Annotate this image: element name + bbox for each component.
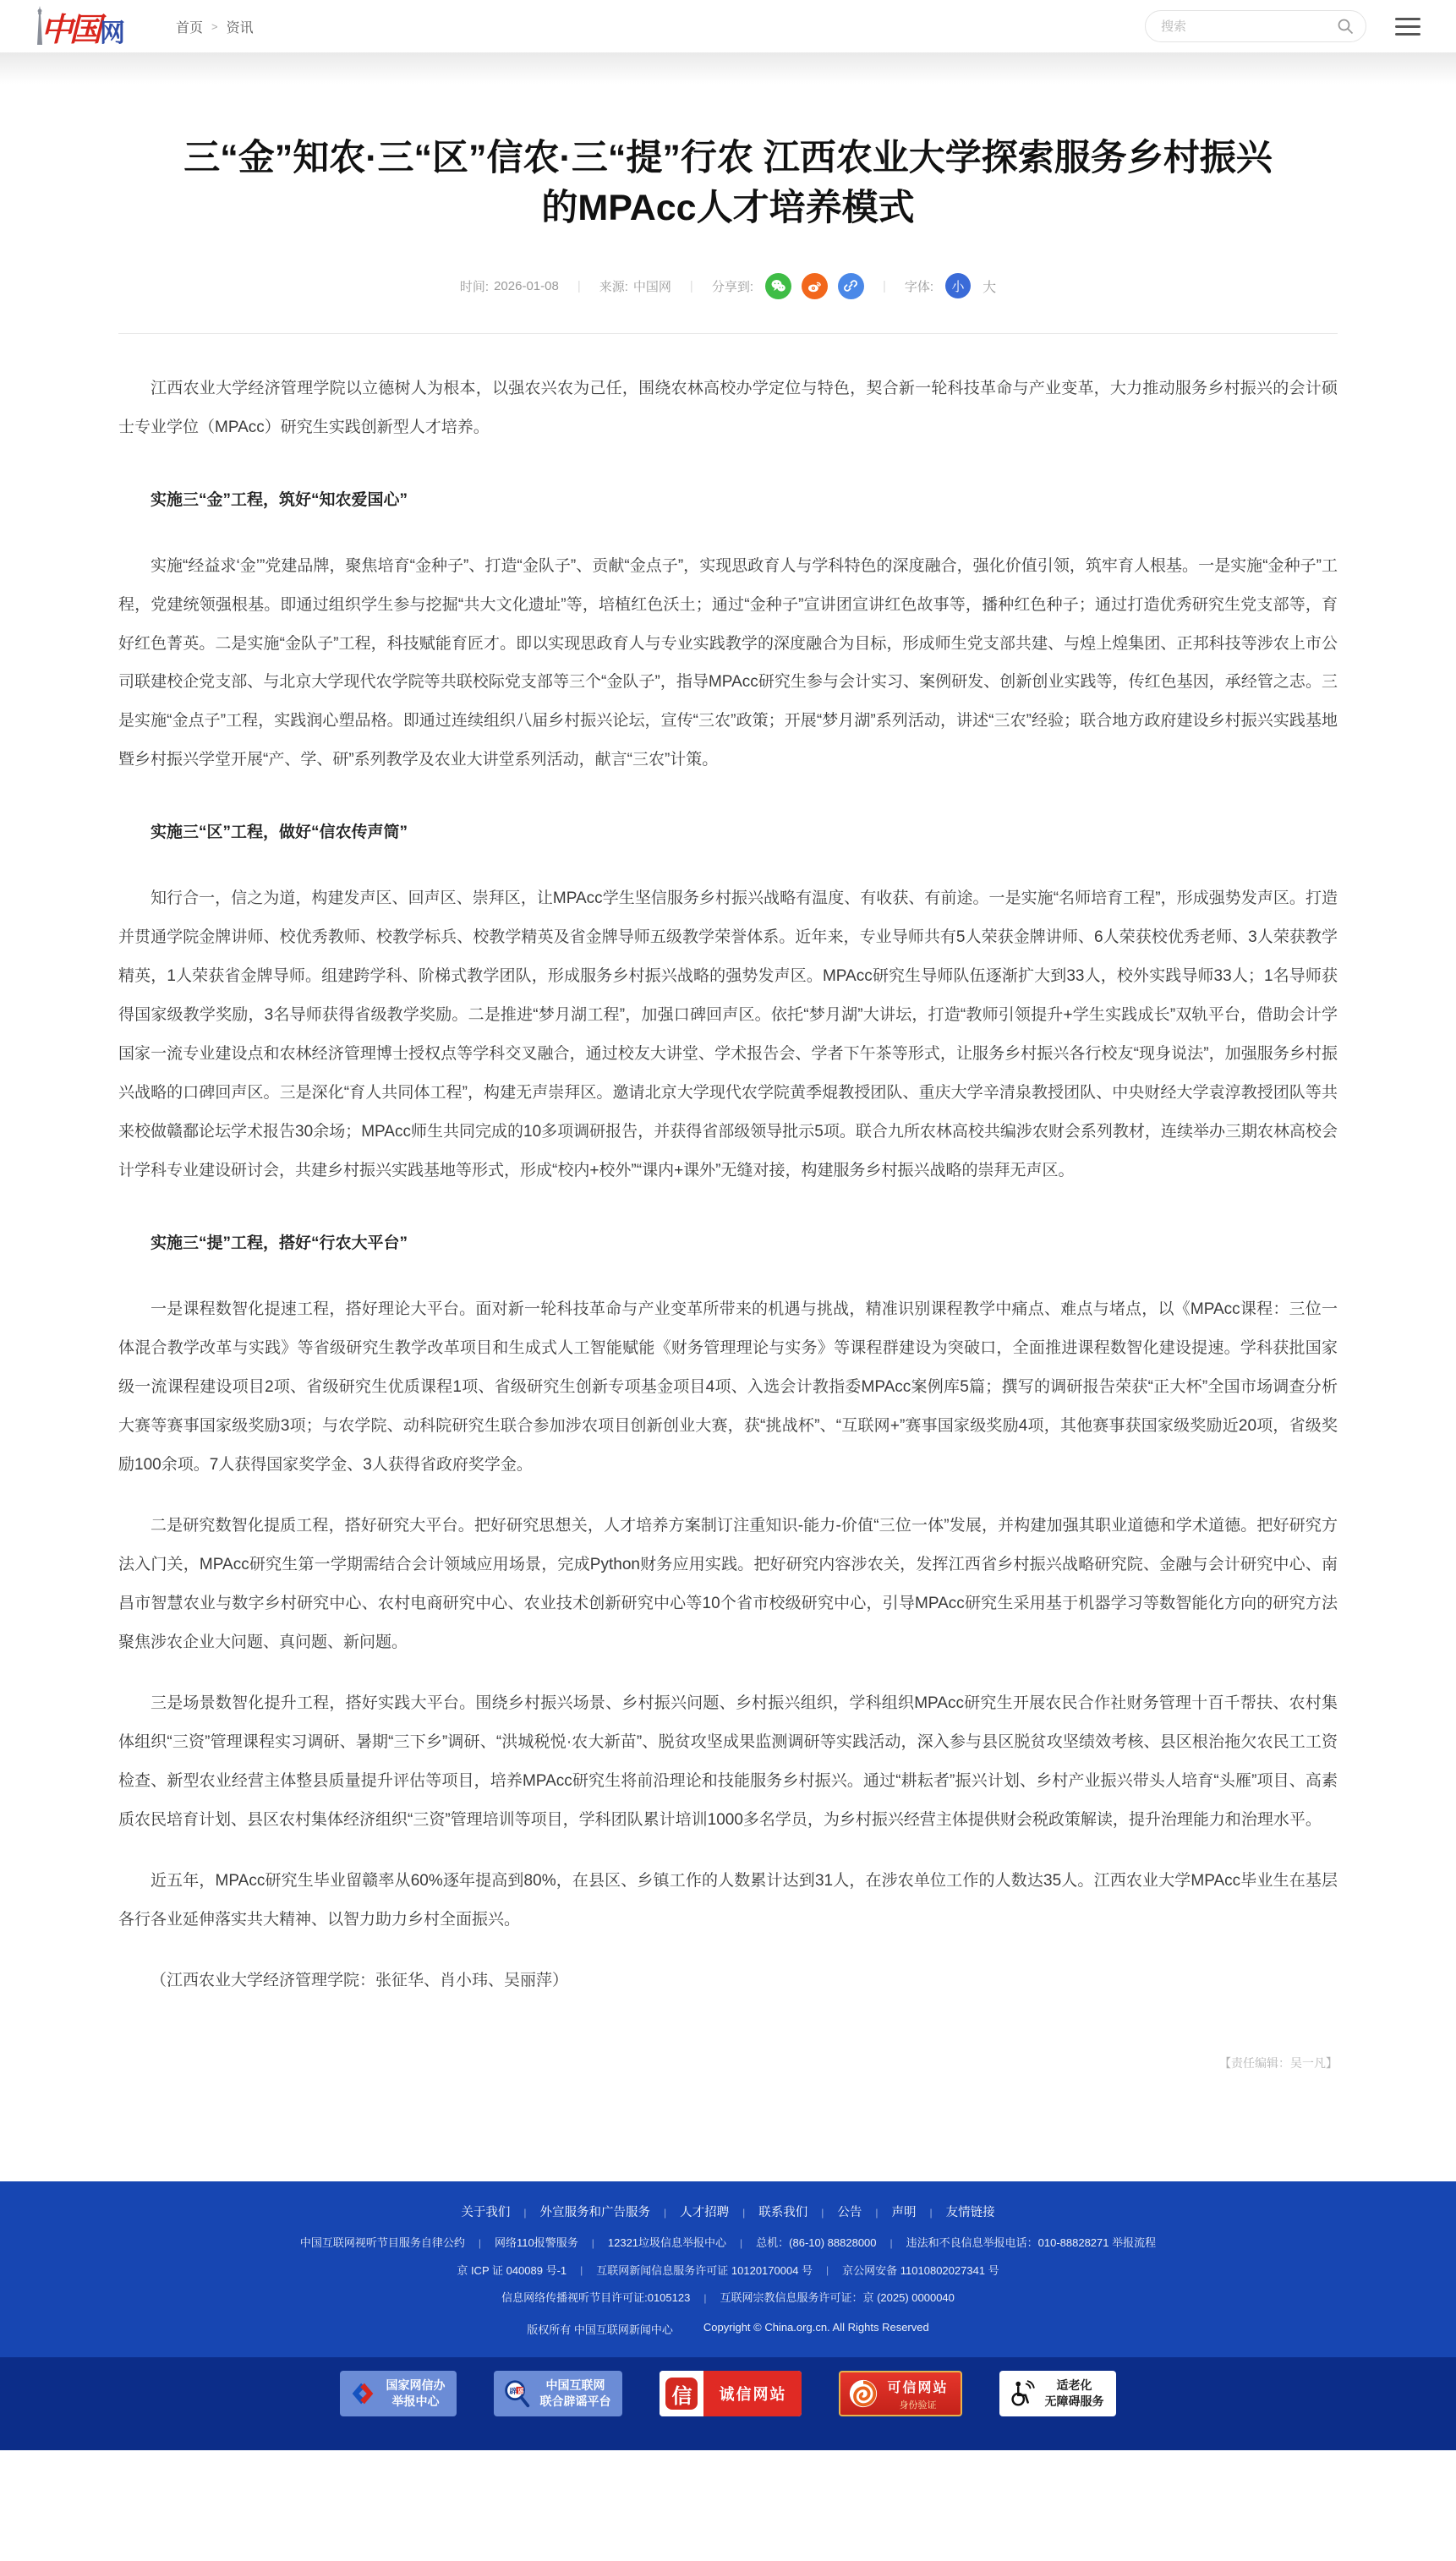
footer-separator: | bbox=[510, 2205, 539, 2221]
footer-service-link[interactable]: 总机：(86-10) 88828000 bbox=[756, 2235, 876, 2252]
badge-line2: 举报中心 bbox=[386, 2394, 445, 2410]
piyao-platform-badge[interactable]: 辟 谣 中国互联网 联合辟谣平台 bbox=[494, 2371, 622, 2416]
footer-nav-link[interactable]: 外宣服务和广告服务 bbox=[540, 2203, 651, 2223]
article-paragraph: 近五年，MPAcc研究生毕业留赣率从60%逐年提高到80%，在县区、乡镇工作的人… bbox=[118, 1862, 1338, 1940]
footer-nav-link[interactable]: 人才招聘 bbox=[680, 2203, 729, 2223]
badge-line2: 联合辟谣平台 bbox=[539, 2394, 610, 2410]
footer-nav: 关于我们|外宣服务和广告服务|人才招聘|联系我们|公告|声明|友情链接 bbox=[0, 2203, 1456, 2223]
footer-separator: | bbox=[729, 2205, 758, 2221]
badge-line2: 身份验证 bbox=[887, 2398, 948, 2411]
search-box bbox=[1145, 10, 1366, 42]
meta-time-label: 时间: bbox=[460, 277, 489, 295]
footer-permit-link[interactable]: 互联网宗教信息服务许可证：京 (2025) 0000040 bbox=[720, 2290, 954, 2307]
share-wechat-button[interactable] bbox=[765, 273, 791, 299]
svg-text:辟: 辟 bbox=[510, 2386, 517, 2395]
footer-license-link[interactable]: 京 ICP 证 040089 号-1 bbox=[457, 2263, 567, 2280]
footer-separator: | bbox=[807, 2205, 837, 2221]
accessibility-service-badge[interactable]: 适老化 无障碍服务 bbox=[999, 2371, 1116, 2416]
wechat-icon bbox=[770, 278, 786, 294]
footer-service-link[interactable]: 违法和不良信息举报电话：010-88828271 举报流程 bbox=[906, 2235, 1156, 2252]
cac-report-center-badge[interactable]: 国家网信办 举报中心 bbox=[340, 2371, 457, 2416]
meta-separator: | bbox=[876, 279, 893, 293]
header-shadow bbox=[0, 52, 1456, 90]
breadcrumb-separator: > bbox=[211, 20, 218, 33]
meta-source-value: 中国网 bbox=[633, 277, 671, 295]
piyao-logo-icon: 辟 谣 bbox=[501, 2378, 533, 2410]
article: 三“金”知农·三“区”信农·三“提”行农 江西农业大学探索服务乡村振兴的MPAc… bbox=[118, 134, 1338, 2071]
footer-services-row: 中国互联网视听节目服务自律公约|网络110报警服务|12321垃圾信息举报中心|… bbox=[0, 2235, 1456, 2252]
section-heading: 实施三“区”工程，做好“信农传声筒” bbox=[118, 813, 1338, 852]
footer-nav-link[interactable]: 联系我们 bbox=[758, 2203, 807, 2223]
meta-time-value: 2026-01-08 bbox=[494, 279, 559, 293]
search-icon[interactable] bbox=[1337, 18, 1354, 35]
footer-separator: | bbox=[726, 2235, 756, 2252]
badge-line1: 国家网信办 bbox=[386, 2378, 445, 2394]
badge-label: 诚信网站 bbox=[703, 2371, 802, 2416]
font-small-button[interactable]: 小 bbox=[945, 273, 971, 298]
font-large-button[interactable]: 大 bbox=[983, 276, 996, 296]
meta-separator: | bbox=[571, 279, 588, 293]
search-input[interactable] bbox=[1161, 19, 1337, 34]
breadcrumb-current[interactable]: 资讯 bbox=[227, 17, 254, 36]
breadcrumb: 首页 > 资讯 bbox=[176, 17, 254, 36]
footer-service-link[interactable]: 中国互联网视听节目服务自律公约 bbox=[300, 2235, 465, 2252]
section-heading: 实施三“金”工程，筑好“知农爱国心” bbox=[118, 481, 1338, 520]
kexin-website-badge[interactable]: 可信网站 身份验证 bbox=[839, 2371, 961, 2416]
logo-text-wang: 网 bbox=[100, 21, 125, 47]
footer-nav-link[interactable]: 声明 bbox=[892, 2203, 917, 2223]
kexin-swirl-icon bbox=[847, 2378, 879, 2410]
footer-license-link[interactable]: 京公网安备 11010802027341 号 bbox=[842, 2263, 999, 2280]
page-title: 三“金”知农·三“区”信农·三“提”行农 江西农业大学探索服务乡村振兴的MPAc… bbox=[169, 134, 1287, 234]
footer-separator: | bbox=[567, 2263, 596, 2279]
footer-separator: | bbox=[650, 2205, 680, 2221]
footer-separator: | bbox=[877, 2235, 906, 2252]
footer-separator: | bbox=[465, 2235, 495, 2252]
article-paragraph: 一是课程数智化提速工程，搭好理论大平台。面对新一轮科技革命与产业变革所带来的机遇… bbox=[118, 1290, 1338, 1485]
share-link-button[interactable] bbox=[838, 273, 864, 299]
footer-separator: | bbox=[862, 2205, 891, 2221]
footer-permit-row: 信息网络传播视听节目许可证:0105123|互联网宗教信息服务许可证：京 (20… bbox=[0, 2290, 1456, 2307]
logo-text-zhongguo: 中国 bbox=[41, 14, 98, 47]
footer-service-link[interactable]: 12321垃圾信息举报中心 bbox=[608, 2235, 726, 2252]
cac-logo-icon bbox=[347, 2378, 379, 2410]
link-icon bbox=[843, 278, 858, 293]
badge-line2: 无障碍服务 bbox=[1045, 2394, 1104, 2410]
section-heading: 实施三“提”工程，搭好“行农大平台” bbox=[118, 1224, 1338, 1263]
meta-separator: | bbox=[683, 279, 700, 293]
weibo-icon bbox=[807, 278, 823, 294]
article-paragraph: 三是场景数智化提升工程，搭好实践大平台。围绕乡村振兴场景、乡村振兴问题、乡村振兴… bbox=[118, 1684, 1338, 1840]
share-weibo-button[interactable] bbox=[802, 273, 828, 299]
article-paragraph: 二是研究数智化提质工程，搭好研究大平台。把好研究思想关，人才培养方案制订注重知识… bbox=[118, 1507, 1338, 1662]
footer-permit-link[interactable]: 信息网络传播视听节目许可证:0105123 bbox=[501, 2290, 690, 2307]
footer-copyright: 版权所有 中国互联网新闻中心 Copyright © China.org.cn.… bbox=[0, 2321, 1456, 2337]
copyright-en: Copyright © China.org.cn. All Rights Res… bbox=[703, 2321, 929, 2337]
china-net-logo[interactable]: 中国 网 bbox=[36, 6, 125, 47]
footer-separator: | bbox=[917, 2205, 946, 2221]
copyright-cn: 版权所有 中国互联网新闻中心 bbox=[527, 2321, 673, 2337]
chengxin-website-badge[interactable]: 信 诚信网站 bbox=[660, 2371, 802, 2416]
footer-nav-link[interactable]: 公告 bbox=[837, 2203, 862, 2223]
meta-source-label: 来源: bbox=[599, 277, 628, 295]
article-paragraph: 知行合一，信之为道，构建发声区、回声区、崇拜区，让MPAcc学生坚信服务乡村振兴… bbox=[118, 879, 1338, 1190]
footer-license-link[interactable]: 互联网新闻信息服务许可证 10120170004 号 bbox=[596, 2263, 813, 2280]
share-label: 分享到: bbox=[712, 277, 753, 295]
breadcrumb-home[interactable]: 首页 bbox=[176, 17, 203, 36]
font-size-label: 字体: bbox=[905, 277, 933, 295]
article-body: 江西农业大学经济管理学院以立德树人为根本，以强农兴农为己任，围绕农林高校办学定位… bbox=[118, 334, 1338, 2000]
footer-nav-link[interactable]: 关于我们 bbox=[461, 2203, 510, 2223]
footer-separator: | bbox=[690, 2290, 720, 2307]
article-paragraph: （江西农业大学经济管理学院：张征华、肖小玮、吴丽萍） bbox=[118, 1962, 1338, 2000]
menu-icon[interactable] bbox=[1395, 18, 1420, 36]
wheelchair-icon bbox=[1006, 2378, 1038, 2410]
badge-bar: 国家网信办 举报中心 辟 谣 中国互联网 联合辟谣平台 信 诚信网站 可信网站 … bbox=[0, 2357, 1456, 2450]
site-header: 中国 网 首页 > 资讯 bbox=[0, 0, 1456, 52]
article-paragraph: 实施“经益求‘金’”党建品牌，聚焦培育“金种子”、打造“金队子”、贡献“金点子”… bbox=[118, 547, 1338, 780]
badge-line1: 适老化 bbox=[1045, 2378, 1104, 2394]
article-meta: 时间: 2026-01-08 | 来源: 中国网 | 分享到: bbox=[118, 273, 1338, 299]
footer-separator: | bbox=[578, 2235, 608, 2252]
xin-seal-icon: 信 bbox=[665, 2378, 698, 2410]
badge-line1: 中国互联网 bbox=[539, 2378, 610, 2394]
svg-text:谣: 谣 bbox=[517, 2387, 524, 2395]
badge-line1: 可信网站 bbox=[887, 2377, 948, 2396]
editor-note: 【责任编辑：吴一凡】 bbox=[118, 2055, 1338, 2071]
footer-license-row: 京 ICP 证 040089 号-1|互联网新闻信息服务许可证 10120170… bbox=[0, 2263, 1456, 2280]
site-footer: 关于我们|外宣服务和广告服务|人才招聘|联系我们|公告|声明|友情链接 中国互联… bbox=[0, 2181, 1456, 2358]
footer-separator: | bbox=[813, 2263, 842, 2279]
footer-service-link[interactable]: 网络110报警服务 bbox=[495, 2235, 578, 2252]
footer-nav-link[interactable]: 友情链接 bbox=[946, 2203, 995, 2223]
article-paragraph: 江西农业大学经济管理学院以立德树人为根本，以强农兴农为己任，围绕农林高校办学定位… bbox=[118, 369, 1338, 447]
